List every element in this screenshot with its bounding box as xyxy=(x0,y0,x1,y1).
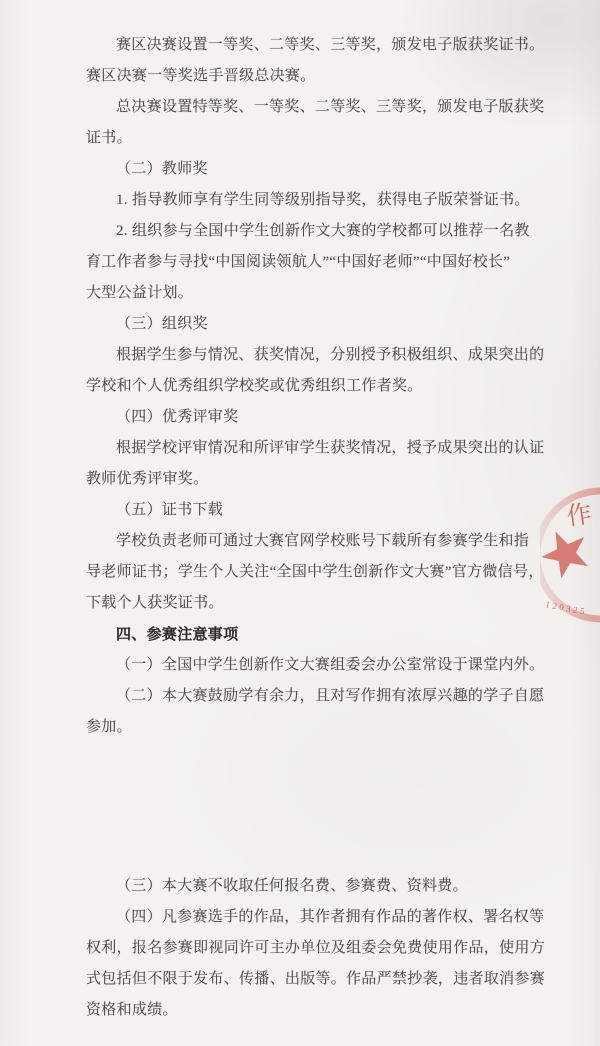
text-line: 证书。 xyxy=(86,123,552,154)
text-line: 2. 组织参与全国中学生创新作文大赛的学校都可以推荐一名教 xyxy=(86,216,552,247)
text-line: 总决赛设置特等奖、一等奖、二等奖、三等奖，颁发电子版获奖 xyxy=(86,92,552,123)
text-line: 教师优秀评审奖。 xyxy=(86,464,552,495)
document-body: 赛区决赛设置一等奖、二等奖、三等奖，颁发电子版获奖证书。赛区决赛一等奖选手晋级总… xyxy=(86,30,552,1026)
text-line: 1. 指导教师享有学生同等级别指导奖，获得电子版荣誉证书。 xyxy=(86,185,552,216)
text-line: （二）本大赛鼓励学有余力，且对写作拥有浓厚兴趣的学子自愿 xyxy=(86,681,552,712)
text-line: 育工作者参与寻找“中国阅读领航人”“中国好老师”“中国好校长” xyxy=(86,247,552,278)
text-line: 导老师证书；学生个人关注“全国中学生创新作文大赛”官方微信号， xyxy=(86,557,552,588)
text-line: 根据学生参与情况、获奖情况，分别授予积极组织、成果突出的 xyxy=(86,340,552,371)
text-line: （三）本大赛不收取任何报名费、参赛费、资料费。 xyxy=(86,871,552,902)
text-line: （四）凡参赛选手的作品，其作者拥有作品的著作权、署名权等 xyxy=(86,902,552,933)
text-line: （一）全国中学生创新作文大赛组委会办公室常设于课堂内外。 xyxy=(86,650,552,681)
scanned-document-page: 赛区决赛设置一等奖、二等奖、三等奖，颁发电子版获奖证书。赛区决赛一等奖选手晋级总… xyxy=(0,0,600,1046)
text-line: （五）证书下载 xyxy=(86,495,552,526)
text-line: 式包括但不限于发布、传播、出版等。作品严禁抄袭，违者取消参赛 xyxy=(86,964,552,995)
text-line: 资格和成绩。 xyxy=(86,995,552,1026)
seal-character: 作 xyxy=(565,500,594,531)
text-line: 赛区决赛一等奖选手晋级总决赛。 xyxy=(86,61,552,92)
text-line: 下载个人获奖证书。 xyxy=(86,588,552,619)
text-line: （四）优秀评审奖 xyxy=(86,402,552,433)
text-line: 参加。 xyxy=(86,712,552,743)
text-line: 学校和个人优秀组织学校奖或优秀组织工作者奖。 xyxy=(86,371,552,402)
text-line: 根据学校评审情况和所评审学生获奖情况，授予成果突出的认证 xyxy=(86,433,552,464)
text-line: 赛区决赛设置一等奖、二等奖、三等奖，颁发电子版获奖证书。 xyxy=(86,30,552,61)
text-line: 大型公益计划。 xyxy=(86,278,552,309)
section-heading: 四、参赛注意事项 xyxy=(86,619,552,650)
text-line: （三）组织奖 xyxy=(86,309,552,340)
text-line: 学校负责老师可通过大赛官网学校账号下载所有参赛学生和指 xyxy=(86,526,552,557)
text-line: （二）教师奖 xyxy=(86,154,552,185)
text-line: 权利，报名参赛即视同许可主办单位及组委会免费使用作品，使用方 xyxy=(86,933,552,964)
